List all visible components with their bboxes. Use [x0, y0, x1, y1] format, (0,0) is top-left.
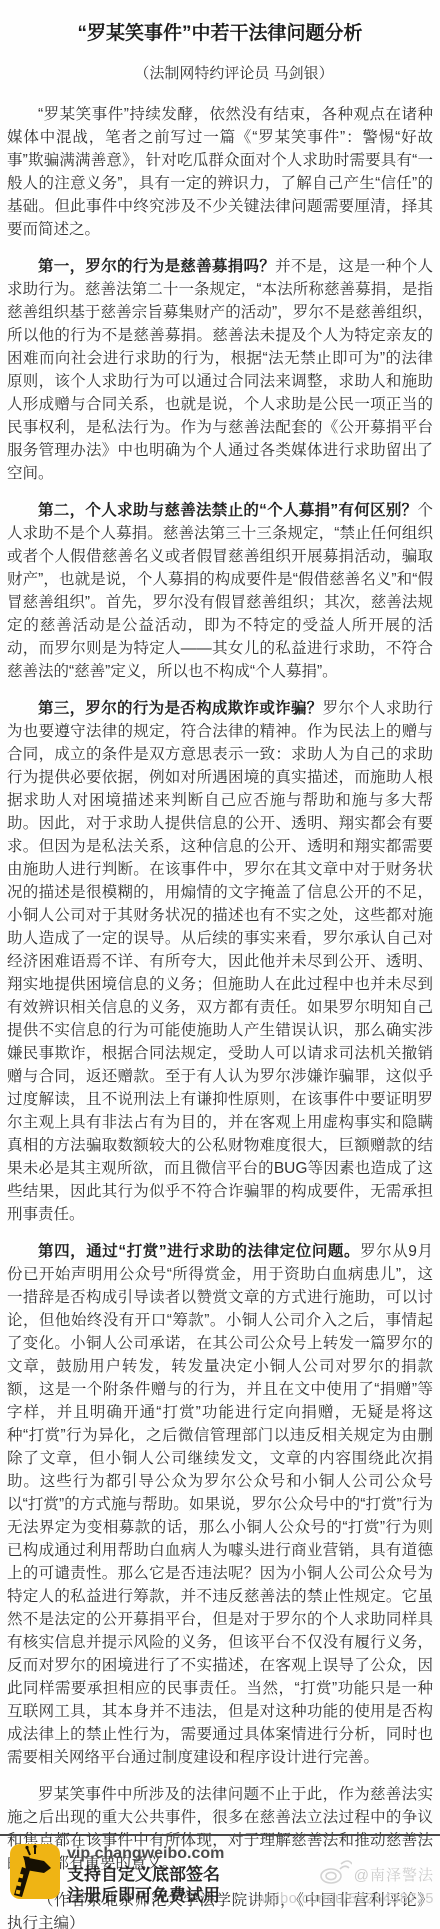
changweibo-giraffe-icon [10, 1843, 60, 1900]
paragraph-point-2: 第二，个人求助与慈善法禁止的“个人募捐”有何区别？个人求助不是个人募捐。慈善法第… [7, 499, 433, 683]
paragraph-lead: 第三，罗尔的行为是否构成欺诈或诈骗？ [38, 700, 323, 717]
paragraph-text: 并不是，这是一种个人求助行为。慈善法第二十一条规定，“本法所称慈善募捐，是指慈善… [7, 258, 433, 482]
article-byline: （法制网特约评论员 马剑银） [35, 62, 433, 83]
paragraph-intro: “罗某笑事件”持续发酵，依然没有结束，各种观点在诸种媒体中混战，笔者之前写过一篇… [7, 103, 433, 241]
footer-divider [0, 1834, 440, 1836]
article-title: “罗某笑事件”中若干法律问题分析 [7, 22, 433, 46]
paragraph-lead: 第四，通过“打赏”进行求助的法律定位问题。 [38, 1243, 360, 1260]
weibo-logo-icon [318, 1859, 352, 1890]
changweibo-signature-footer: vip.changweibo.com 支持自定义底部签名 注册后即可免费试用 @… [0, 1843, 440, 1929]
paragraph-lead: 第二，个人求助与慈善法禁止的“个人募捐”有何区别？ [38, 502, 417, 519]
footer-promo-text: vip.changweibo.com 支持自定义底部签名 注册后即可免费试用 [67, 1844, 224, 1906]
paragraph-point-1: 第一，罗尔的行为是慈善募捐吗？并不是，这是一种个人求助行为。慈善法第二十一条规定… [7, 255, 433, 485]
paragraph-text: 罗尔个人求助行为也要遵守法律的规定，符合法律的精神。作为民法上的赠与合同，成立的… [7, 700, 433, 1223]
weibo-watermark: @南泽警法 weibo.com/u/5726438725 [257, 1859, 434, 1907]
paragraph-point-4: 第四，通过“打赏”进行求助的法律定位问题。罗尔从9月份已开始声明用公众号“所得赏… [7, 1240, 433, 1769]
paragraph-text: “罗某笑事件”持续发酵，依然没有结束，各种观点在诸种媒体中混战，笔者之前写过一篇… [7, 106, 433, 238]
long-weibo-image: “罗某笑事件”中若干法律问题分析 （法制网特约评论员 马剑银） “罗某笑事件”持… [0, 0, 440, 1929]
watermark-profile-url[interactable]: weibo.com/u/5726438725 [257, 1891, 434, 1907]
paragraph-text: 罗尔从9月份已开始声明用公众号“所得赏金，用于资助白血病患儿”，这一措辞是否构成… [7, 1243, 433, 1766]
article: “罗某笑事件”中若干法律问题分析 （法制网特约评论员 马剑银） “罗某笑事件”持… [0, 0, 440, 1929]
paragraph-lead: 第一，罗尔的行为是慈善募捐吗？ [38, 258, 275, 275]
footer-promo-line-2: 注册后即可免费试用 [67, 1885, 224, 1906]
footer-promo-line-1: 支持自定义底部签名 [67, 1864, 224, 1885]
paragraph-point-3: 第三，罗尔的行为是否构成欺诈或诈骗？罗尔个人求助行为也要遵守法律的规定，符合法律… [7, 697, 433, 1226]
watermark-handle: @南泽警法 [354, 1864, 434, 1885]
changweibo-site-link[interactable]: vip.changweibo.com [67, 1844, 224, 1864]
paragraph-text: 个人求助不是个人募捐。慈善法第三十三条规定，“禁止任何组织或者个人假借慈善名义或… [7, 502, 433, 680]
